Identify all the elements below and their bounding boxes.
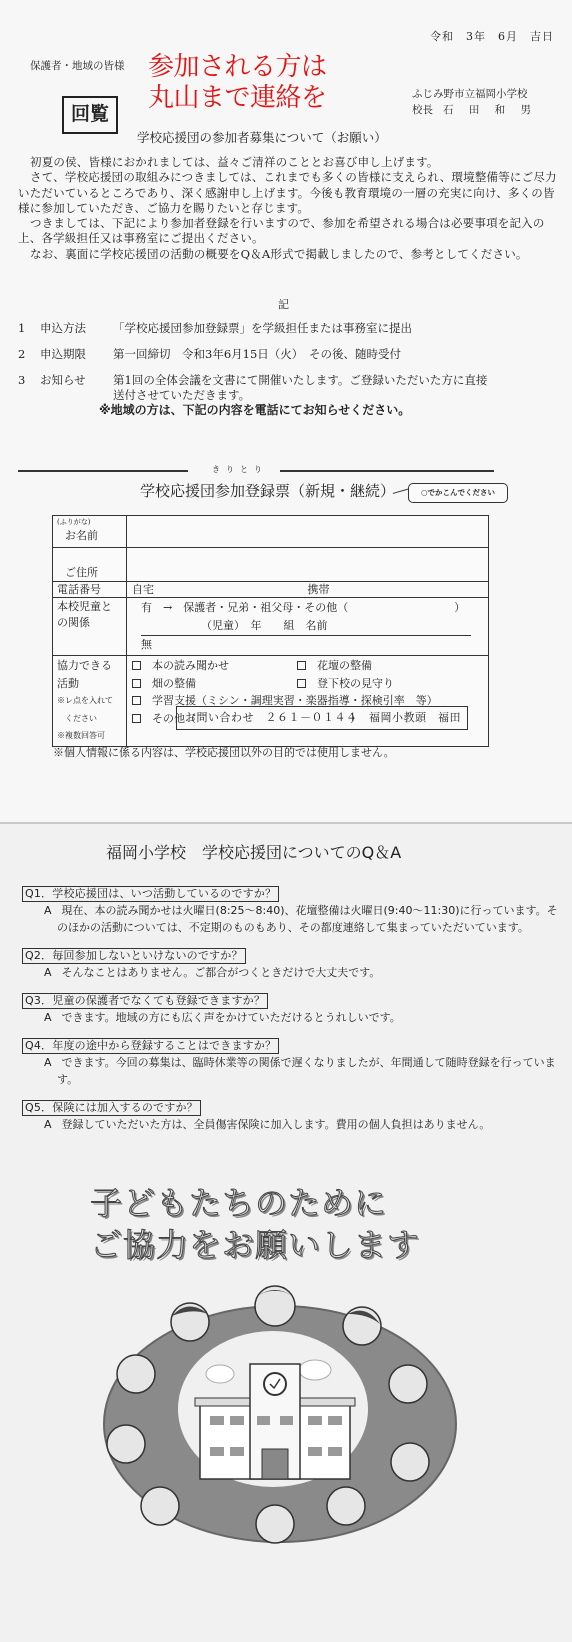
person-face-icon — [107, 1425, 145, 1463]
person-face-icon — [389, 1365, 427, 1403]
answer-text: 登録していただいた方は、全員傷害保険に加入します。費用の個人負担はありません。 — [62, 1118, 491, 1131]
phone-mobile-label: 携帯 — [308, 583, 330, 596]
details-list: 1 申込方法 「学校応援団参加登録票」を学級担任または事務室に提出 2 申込期限… — [18, 321, 558, 418]
question: Q5．保険には加入するのですか？ — [22, 1100, 201, 1116]
person-face-icon — [327, 1487, 365, 1525]
principal-name: 石 田 和 男 — [433, 104, 537, 116]
community-phone-note: ※地域の方は、下記の内容を電話にてお知らせください。 — [99, 403, 558, 418]
checkbox-reading[interactable]: 本の読み聞かせ — [132, 657, 297, 675]
qa-list: Q1．学校応援団は、いつ活動しているのですか？ A現在、本の読み聞かせは火曜日(… — [22, 886, 562, 1145]
address-field[interactable] — [127, 548, 489, 582]
form-row-activities: 協力できる 活動 ※レ点を入れて ください ※複数回答可 本の読み聞かせ 花壇の… — [53, 656, 489, 747]
qa-item: Q1．学校応援団は、いつ活動しているのですか？ A現在、本の読み聞かせは火曜日(… — [22, 886, 562, 936]
ki-heading: 記 — [278, 296, 289, 312]
cut-label: きりとり — [212, 464, 268, 475]
answer: A現在、本の読み聞かせは火曜日(8:25〜8:40)、花壇整備は火曜日(9:40… — [34, 902, 562, 936]
school-community-illustration — [90, 1284, 470, 1544]
child-class-name-field[interactable]: （児童） 年 組 名前 — [141, 617, 471, 636]
activity-note: ※レ点を入れて — [57, 692, 121, 710]
item-number: 1 — [18, 321, 40, 336]
answer-text: 現在、本の読み聞かせは火曜日(8:25〜8:40)、花壇整備は火曜日(9:40〜… — [57, 904, 558, 934]
handwritten-red-note: 参加される方は 丸山まで連絡を — [148, 52, 327, 114]
form-row-phone: 電話番号 自宅 携帯 — [53, 582, 489, 598]
phone-label: 電話番号 — [53, 582, 127, 598]
form-row-name: (ふりがな) お名前 — [53, 516, 489, 548]
relation-child-line: （児童） 年 組 名前 — [141, 617, 483, 636]
address-label: ご住所 — [53, 548, 127, 582]
person-face-icon — [256, 1505, 294, 1543]
checkbox-icon[interactable] — [132, 696, 141, 705]
cut-line: きりとり — [18, 464, 494, 476]
checkbox-label: 登下校の見守り — [317, 677, 394, 690]
answer-text: できます。今回の募集は、臨時休業等の関係で遅くなりましたが、年間通して随時登録を… — [57, 1056, 556, 1086]
qa-item: Q2．毎回参加しないといけないのですか？ Aそんなことはありません。ご都合がつく… — [22, 948, 562, 981]
relation-yes-line: 有 → 保護者・兄弟・祖父母・その他（） — [141, 599, 483, 617]
item-number: 2 — [18, 347, 40, 362]
school-name: ふじみ野市立福岡小学校 — [412, 86, 537, 102]
detail-item: 2 申込期限 第一回締切 令和3年6月15日（火） その後、随時受付 — [18, 347, 558, 362]
notice-page-back: 福岡小学校 学校応援団についてのQ＆A Q1．学校応援団は、いつ活動しているので… — [0, 824, 572, 1642]
answer-text: そんなことはありません。ご都合がつくときだけで大丈夫です。 — [62, 966, 381, 979]
qa-item: Q5．保険には加入するのですか？ A登録していただいた方は、全員傷害保険に加入し… — [22, 1100, 562, 1133]
sender-block: ふじみ野市立福岡小学校 校長石 田 和 男 — [412, 86, 537, 118]
notice-subject: 学校応援団の参加者募集について（お願い） — [137, 128, 387, 146]
question: Q3．児童の保護者でなくても登録できますか？ — [22, 993, 268, 1009]
answer-label: A — [44, 966, 52, 979]
item-value: 「学校応援団参加登録票」を学級担任または事務室に提出 — [113, 321, 558, 336]
checkbox-icon[interactable] — [297, 661, 306, 670]
furigana-label: (ふりがな) — [57, 517, 121, 527]
answer-text: できます。地域の方にも広く声をかけていただけるとうれしいです。 — [62, 1011, 401, 1024]
intro-paragraphs: 初夏の侯、皆様におかれましては、益々ご清祥のこととお喜び申し上げます。 さて、学… — [18, 155, 558, 262]
issue-date: 令和 3年 6月 吉日 — [430, 28, 554, 44]
activity-label-line: 活動 — [57, 675, 121, 693]
red-note-line-1: 参加される方は — [148, 52, 327, 83]
answer: A登録していただいた方は、全員傷害保険に加入します。費用の個人負担はありません。 — [34, 1116, 562, 1133]
item-label: 申込方法 — [40, 321, 113, 336]
relation-label: 本校児童と の関係 — [53, 598, 127, 656]
answer-label: A — [44, 904, 52, 917]
answer-label: A — [44, 1118, 52, 1131]
checkbox-label: 本の読み聞かせ — [152, 659, 229, 672]
addressee: 保護者・地域の皆様 — [30, 58, 125, 73]
red-note-line-2: 丸山まで連絡を — [148, 83, 327, 114]
phone-home-label: 自宅 — [132, 583, 154, 596]
contact-box: お問い合わせ ２６１－０１４４ 福岡小教頭 福田 — [176, 706, 468, 730]
slogan-line-2: ご協力をお願いします — [90, 1224, 420, 1266]
checkbox-field[interactable]: 畑の整備 — [132, 675, 297, 693]
qa-item: Q4．年度の途中から登録することはできますか？ Aできます。今回の募集は、臨時休… — [22, 1038, 562, 1088]
relation-label-line: 本校児童と — [57, 599, 121, 615]
person-face-icon — [117, 1355, 155, 1393]
relation-paren: ） — [454, 601, 465, 614]
person-face-icon — [391, 1443, 429, 1481]
question: Q2．毎回参加しないといけないのですか？ — [22, 948, 246, 964]
activity-checklist: 本の読み聞かせ 花壇の整備 畑の整備 登下校の見守り 学習支援（ミシン・調理実習… — [127, 656, 489, 747]
cut-line-left — [18, 470, 188, 472]
intro-paragraph: なお、裏面に学校応援団の活動の概要をQ＆A形式で掲載しましたので、参考としてくだ… — [18, 247, 558, 262]
relation-yes: 有 → 保護者・兄弟・祖父母・その他（ — [141, 601, 348, 614]
checkbox-flowerbed[interactable]: 花壇の整備 — [297, 657, 467, 675]
relation-field[interactable]: 有 → 保護者・兄弟・祖父母・その他（） （児童） 年 組 名前 無 — [127, 598, 489, 656]
intro-paragraph: さて、学校応援団の取組みにつきましては、これまでも多くの皆様に支えられ、環境整備… — [18, 170, 558, 216]
intro-paragraph: 初夏の侯、皆様におかれましては、益々ご清祥のこととお喜び申し上げます。 — [18, 155, 558, 170]
checkbox-icon[interactable] — [132, 661, 141, 670]
checkbox-label: 花壇の整備 — [317, 659, 372, 672]
name-label: お名前 — [57, 529, 98, 542]
activity-label-line: 協力できる — [57, 657, 121, 675]
notice-page-front: 令和 3年 6月 吉日 保護者・地域の皆様 参加される方は 丸山まで連絡を ふじ… — [0, 0, 572, 823]
activity-note: ください — [57, 710, 121, 728]
person-face-icon — [141, 1487, 179, 1525]
checkbox-icon[interactable] — [132, 679, 141, 688]
detail-item: 3 お知らせ 第1回の全体会議を文書にて開催いたします。ご登録いただいた方に直接… — [18, 373, 558, 418]
qa-item: Q3．児童の保護者でなくても登録できますか？ Aできます。地域の方にも広く声をか… — [22, 993, 562, 1026]
principal: 校長石 田 和 男 — [412, 102, 537, 118]
activity-note: ※複数回答可 — [57, 727, 121, 745]
person-face-icon — [255, 1286, 295, 1326]
item-label: 申込期限 — [40, 347, 113, 362]
instruction-bubble: ○でかこんでください — [408, 483, 508, 503]
relation-label-line: の関係 — [57, 615, 121, 631]
form-row-address: ご住所 — [53, 548, 489, 582]
answer-label: A — [44, 1011, 52, 1024]
checkbox-school-watch[interactable]: 登下校の見守り — [297, 675, 467, 693]
item-value: 第一回締切 令和3年6月15日（火） その後、随時受付 — [113, 347, 558, 362]
checkbox-icon[interactable] — [297, 679, 306, 688]
form-row-relation: 本校児童と の関係 有 → 保護者・兄弟・祖父母・その他（） （児童） 年 組 … — [53, 598, 489, 656]
cut-line-right — [280, 470, 494, 472]
detail-item: 1 申込方法 「学校応援団参加登録票」を学級担任または事務室に提出 — [18, 321, 558, 336]
notice-text: 第1回の全体会議を文書にて開催いたします。ご登録いただいた方に直接送付させていた… — [113, 373, 558, 403]
intro-paragraph: つきましては、下記により参加者登録を行いますので、参加を希望される場合は必要事項… — [18, 216, 558, 247]
privacy-note: ※個人情報に係る内容は、学校応援団以外の目的では使用しません。 — [53, 744, 395, 760]
slogan: 子どもたちのために ご協力をお願いします — [90, 1182, 420, 1266]
circulation-stamp: 回覧 — [62, 96, 118, 134]
name-label-cell: (ふりがな) お名前 — [53, 516, 127, 548]
item-number: 3 — [18, 373, 40, 418]
answer-label: A — [44, 1056, 52, 1069]
question: Q1．学校応援団は、いつ活動しているのですか？ — [22, 886, 279, 902]
checkbox-icon[interactable] — [132, 714, 141, 723]
form-title: 学校応援団参加登録票（新規・継続） — [140, 480, 395, 501]
answer: Aできます。今回の募集は、臨時休業等の関係で遅くなりましたが、年間通して随時登録… — [34, 1054, 562, 1088]
item-value: 第1回の全体会議を文書にて開催いたします。ご登録いただいた方に直接送付させていた… — [113, 373, 558, 418]
question: Q4．年度の途中から登録することはできますか？ — [22, 1038, 279, 1054]
activity-label: 協力できる 活動 ※レ点を入れて ください ※複数回答可 — [53, 656, 127, 747]
principal-title: 校長 — [412, 104, 433, 116]
phone-field[interactable]: 自宅 携帯 — [127, 582, 489, 598]
checkbox-label: 畑の整備 — [152, 677, 196, 690]
answer: Aそんなことはありません。ご都合がつくときだけで大丈夫です。 — [34, 964, 562, 981]
clock-icon — [264, 1373, 286, 1395]
relation-no: 無 — [141, 636, 483, 654]
answer: Aできます。地域の方にも広く声をかけていただけるとうれしいです。 — [34, 1009, 562, 1026]
name-field[interactable] — [127, 516, 489, 548]
qa-title: 福岡小学校 学校応援団についてのQ＆A — [106, 840, 401, 863]
slogan-line-1: 子どもたちのために — [90, 1182, 420, 1224]
